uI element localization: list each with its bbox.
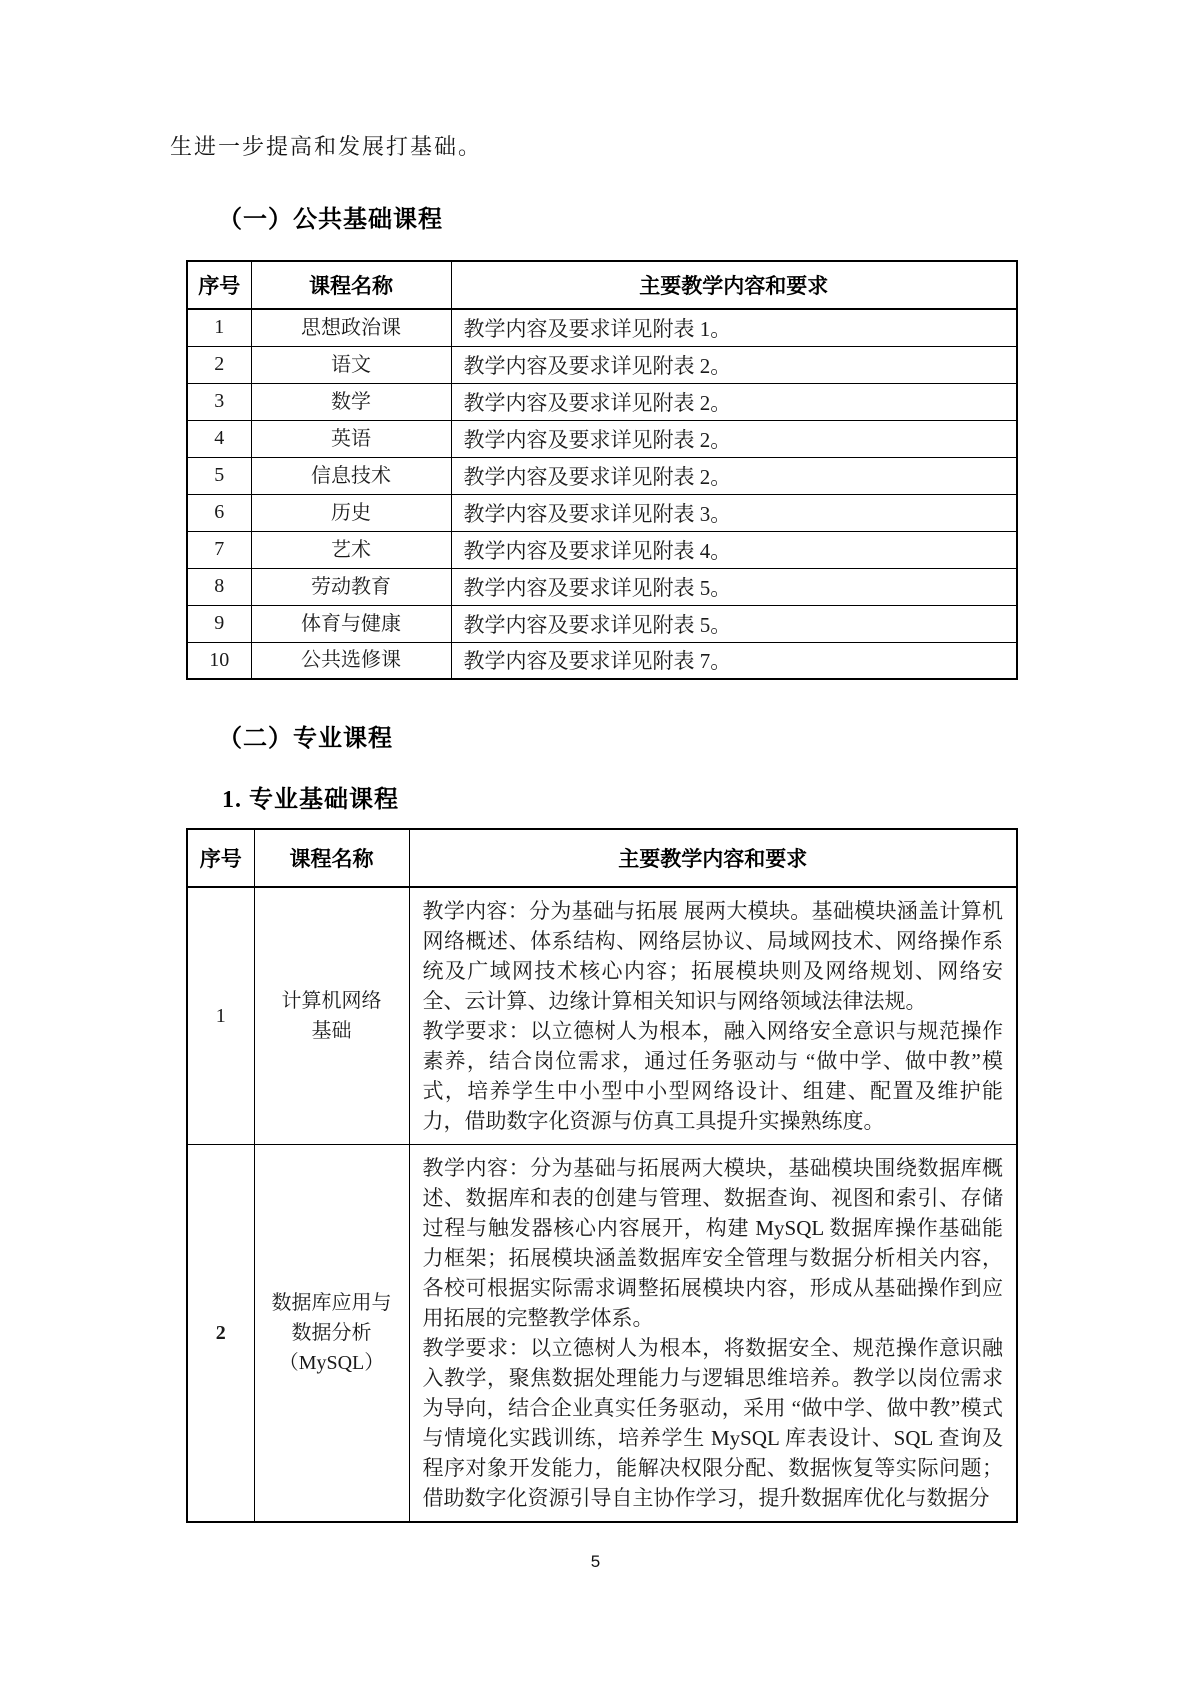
- table-row: 2 语文 教学内容及要求详见附表 2。: [187, 346, 1017, 383]
- row-number-cell: 10: [187, 642, 251, 679]
- course-name-cell: 历史: [251, 494, 451, 531]
- table-row: 3 数学 教学内容及要求详见附表 2。: [187, 383, 1017, 420]
- document-page: 生进一步提高和发展打基础。 （一）公共基础课程 序号 课程名称 主要教学内容和要…: [0, 0, 1191, 1684]
- table-header-row: 序号 课程名称 主要教学内容和要求: [187, 829, 1017, 887]
- course-name-cell: 数学: [251, 383, 451, 420]
- course-name-cell: 语文: [251, 346, 451, 383]
- course-name-cell: 数据库应用与 数据分析 （MySQL）: [254, 1145, 409, 1523]
- row-number-cell: 3: [187, 383, 251, 420]
- course-name-cell: 艺术: [251, 531, 451, 568]
- row-number-cell: 9: [187, 605, 251, 642]
- table-row: 9 体育与健康 教学内容及要求详见附表 5。: [187, 605, 1017, 642]
- row-number-cell: 1: [187, 887, 254, 1145]
- course-name-cell: 计算机网络 基础: [254, 887, 409, 1145]
- header-cell-no: 序号: [187, 261, 251, 309]
- row-number-cell: 2: [187, 1145, 254, 1523]
- course-content-cell: 教学内容及要求详见附表 2。: [451, 346, 1017, 383]
- table-row: 10 公共选修课 教学内容及要求详见附表 7。: [187, 642, 1017, 679]
- course-content-cell: 教学内容及要求详见附表 2。: [451, 420, 1017, 457]
- table-row: 1 思想政治课 教学内容及要求详见附表 1。: [187, 309, 1017, 346]
- section-heading-public-basic: （一）公共基础课程: [218, 199, 1191, 234]
- table-row: 4 英语 教学内容及要求详见附表 2。: [187, 420, 1017, 457]
- intro-text: 生进一步提高和发展打基础。: [170, 130, 1191, 161]
- course-content-cell: 教学内容及要求详见附表 5。: [451, 605, 1017, 642]
- header-cell-content: 主要教学内容和要求: [409, 829, 1017, 887]
- course-content-cell: 教学内容：分为基础与拓展两大模块，基础模块围绕数据库概述、数据库和表的创建与管理…: [409, 1145, 1017, 1523]
- course-name-cell: 英语: [251, 420, 451, 457]
- course-name-cell: 体育与健康: [251, 605, 451, 642]
- row-number-cell: 7: [187, 531, 251, 568]
- course-name-cell: 劳动教育: [251, 568, 451, 605]
- course-name-cell: 公共选修课: [251, 642, 451, 679]
- header-cell-content: 主要教学内容和要求: [451, 261, 1017, 309]
- course-content-cell: 教学内容及要求详见附表 5。: [451, 568, 1017, 605]
- course-name-cell: 思想政治课: [251, 309, 451, 346]
- course-content-cell: 教学内容：分为基础与拓展 展两大模块。基础模块涵盖计算机网络概述、体系结构、网络…: [409, 887, 1017, 1145]
- header-cell-name: 课程名称: [251, 261, 451, 309]
- header-cell-no: 序号: [187, 829, 254, 887]
- table-row: 1 计算机网络 基础 教学内容：分为基础与拓展 展两大模块。基础模块涵盖计算机网…: [187, 887, 1017, 1145]
- major-basic-courses-table: 序号 课程名称 主要教学内容和要求 1 计算机网络 基础 教学内容：分为基础与拓…: [186, 828, 1018, 1523]
- header-cell-name: 课程名称: [254, 829, 409, 887]
- course-content-cell: 教学内容及要求详见附表 3。: [451, 494, 1017, 531]
- course-content-cell: 教学内容及要求详见附表 1。: [451, 309, 1017, 346]
- table-row: 5 信息技术 教学内容及要求详见附表 2。: [187, 457, 1017, 494]
- course-content-cell: 教学内容及要求详见附表 2。: [451, 383, 1017, 420]
- row-number-cell: 5: [187, 457, 251, 494]
- course-content-cell: 教学内容及要求详见附表 2。: [451, 457, 1017, 494]
- row-number-cell: 4: [187, 420, 251, 457]
- table-header-row: 序号 课程名称 主要教学内容和要求: [187, 261, 1017, 309]
- course-content-cell: 教学内容及要求详见附表 4。: [451, 531, 1017, 568]
- row-number-cell: 8: [187, 568, 251, 605]
- table-row: 8 劳动教育 教学内容及要求详见附表 5。: [187, 568, 1017, 605]
- row-number-cell: 6: [187, 494, 251, 531]
- course-content-cell: 教学内容及要求详见附表 7。: [451, 642, 1017, 679]
- table-row: 6 历史 教学内容及要求详见附表 3。: [187, 494, 1017, 531]
- page-number: 5: [0, 1552, 1191, 1572]
- section-heading-major: （二）专业课程: [218, 718, 1191, 753]
- table-row: 2 数据库应用与 数据分析 （MySQL） 教学内容：分为基础与拓展两大模块，基…: [187, 1145, 1017, 1523]
- table-row: 7 艺术 教学内容及要求详见附表 4。: [187, 531, 1017, 568]
- row-number-cell: 2: [187, 346, 251, 383]
- row-number-cell: 1: [187, 309, 251, 346]
- course-name-cell: 信息技术: [251, 457, 451, 494]
- subsection-heading-major-basic: 1. 专业基础课程: [222, 779, 1191, 814]
- public-basic-courses-table: 序号 课程名称 主要教学内容和要求 1 思想政治课 教学内容及要求详见附表 1。…: [186, 260, 1018, 680]
